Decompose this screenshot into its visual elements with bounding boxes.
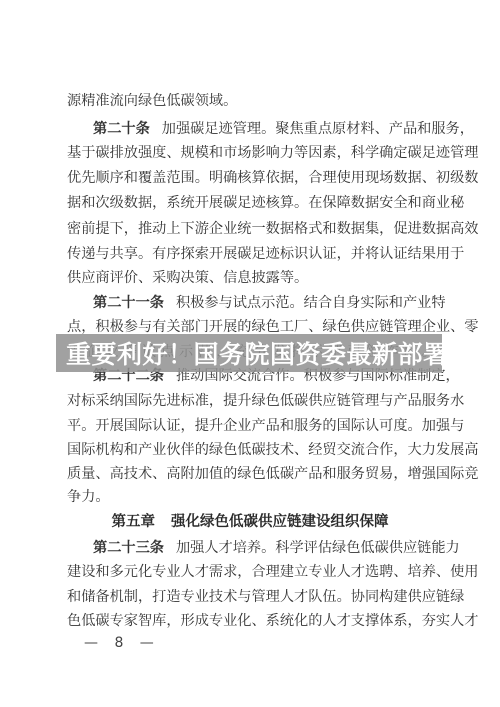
- line-text: 争力。: [67, 489, 110, 505]
- paragraph-line: 基于碳排放强度、规模和市场影响力等因素，科学确定碳足迹管理: [67, 142, 436, 164]
- article-number: 第二十三条: [93, 540, 164, 556]
- line-text: 源精准流向绿色低碳领域。: [67, 93, 237, 109]
- line-text: 质量、高技术、高附加值的绿色低碳产品和服务贸易，增强国际竞: [67, 466, 478, 482]
- paragraph-line: 传递与共享。有序探索开展碳足迹标识认证，并将认证结果用于: [67, 243, 436, 265]
- paragraph-line: 平。开展国际认证，提升企业产品和服务的国际认可度。加强与: [67, 415, 436, 437]
- article-paragraph-line: 第二十三条加强人才培养。科学评估绿色低碳供应链能力: [93, 537, 436, 559]
- line-text: 平。开展国际认证，提升企业产品和服务的国际认可度。加强与: [67, 418, 464, 434]
- article-number: 第二十一条: [93, 295, 164, 311]
- paragraph-line: 供应商评价、采购决策、信息披露等。: [67, 267, 436, 289]
- line-text: 国际机构和产业伙伴的绿色低碳技术、经贸交流合作，大力发展高: [67, 442, 478, 458]
- line-text: 传递与共享。有序探索开展碳足迹标识认证，并将认证结果用于: [67, 246, 464, 262]
- line-text: 对标采纳国际先进标准，提升绿色低碳供应链管理与产品服务水: [67, 393, 464, 409]
- paragraph-line: 优先顺序和覆盖范围。明确核算依据，合理使用现场数据、初级数: [67, 167, 436, 189]
- line-text: 据和次级数据，系统开展碳足迹核算。在保障数据安全和商业秘: [67, 195, 464, 211]
- chapter-number: 第五章: [112, 514, 156, 530]
- line-text: 优先顺序和覆盖范围。明确核算依据，合理使用现场数据、初级数: [67, 170, 478, 186]
- paragraph-line: 源精准流向绿色低碳领域。: [67, 90, 436, 112]
- line-text: 密前提下，推动上下游企业统一数据格式和数据集，促进数据高效: [67, 221, 478, 237]
- document-page: 源精准流向绿色低碳领域。第二十条加强碳足迹管理。聚焦重点原材料、产品和服务，基于…: [0, 0, 500, 707]
- article-paragraph-line: 第二十一条积极参与试点示范。结合自身实际和产业特: [93, 292, 436, 314]
- paragraph-line: 对标采纳国际先进标准，提升绿色低碳供应链管理与产品服务水: [67, 390, 436, 412]
- line-text: 建设和多元化专业人才需求，合理建立专业人才选聘、培养、使用: [67, 564, 478, 580]
- paragraph-line: 据和次级数据，系统开展碳足迹核算。在保障数据安全和商业秘: [67, 192, 436, 214]
- paragraph-line: 质量、高技术、高附加值的绿色低碳产品和服务贸易，增强国际竞: [67, 463, 436, 485]
- line-text: 点，积极参与有关部门开展的绿色工厂、绿色供应链管理企业、零: [67, 319, 478, 335]
- line-text: 基于碳排放强度、规模和市场影响力等因素，科学确定碳足迹管理: [67, 145, 478, 161]
- line-text: 加强碳足迹管理。聚焦重点原材料、产品和服务，: [162, 121, 474, 137]
- line-text: 积极参与试点示范。结合自身实际和产业特: [176, 295, 446, 311]
- paragraph-line: 色低碳专家智库，形成专业化、系统化的人才支撑体系，夯实人才: [67, 610, 436, 632]
- line-text: 和储备机制，打造专业技术与管理人才队伍。协同构建供应链绿: [67, 589, 464, 605]
- headline-banner: 重要利好！国务院国资委最新部署: [56, 334, 442, 372]
- paragraph-line: 和储备机制，打造专业技术与管理人才队伍。协同构建供应链绿: [67, 586, 436, 608]
- line-text: 加强人才培养。科学评估绿色低碳供应链能力: [176, 540, 460, 556]
- paragraph-line: 争力。: [67, 486, 436, 508]
- paragraph-line: 建设和多元化专业人才需求，合理建立专业人才选聘、培养、使用: [67, 561, 436, 583]
- line-text: 色低碳专家智库，形成专业化、系统化的人才支撑体系，夯实人才: [67, 613, 478, 629]
- page-number: — 8 —: [84, 634, 160, 652]
- headline-text: 重要利好！国务院国资委最新部署: [66, 335, 449, 371]
- paragraph-line: 密前提下，推动上下游企业统一数据格式和数据集，促进数据高效: [67, 218, 436, 240]
- article-paragraph-line: 第二十条加强碳足迹管理。聚焦重点原材料、产品和服务，: [93, 118, 436, 140]
- chapter-heading: 第五章强化绿色低碳供应链建设组织保障: [0, 511, 500, 533]
- article-number: 第二十条: [93, 121, 150, 137]
- paragraph-line: 国际机构和产业伙伴的绿色低碳技术、经贸交流合作，大力发展高: [67, 439, 436, 461]
- line-text: 供应商评价、采购决策、信息披露等。: [67, 270, 308, 286]
- chapter-title: 强化绿色低碳供应链建设组织保障: [171, 514, 389, 530]
